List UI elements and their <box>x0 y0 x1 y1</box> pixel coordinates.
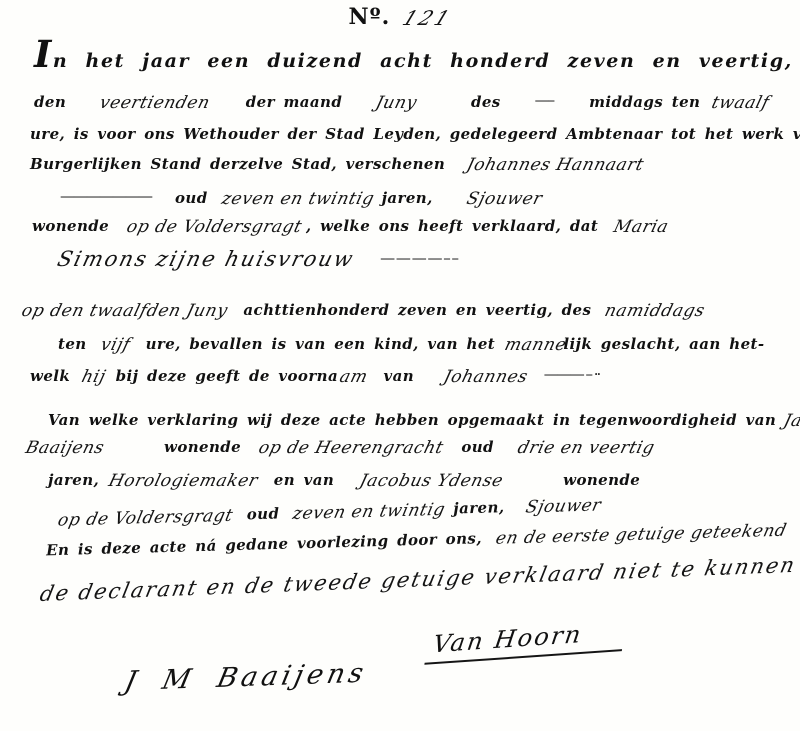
birth-certificate-document: Nº.121 In het jaar een duizend acht hond… <box>0 0 800 731</box>
handwritten-entry: en de eerste getuige geteekend <box>494 521 789 549</box>
printed-form-text: jaren, <box>382 189 433 207</box>
printed-form-text: Van welke verklaring wij deze acte hebbe… <box>48 411 776 429</box>
printed-form-text: middags ten <box>589 93 700 111</box>
form-line-8: op den twaalfden Junyachttienhonderd zev… <box>22 300 703 320</box>
printed-form-text: van <box>384 367 415 385</box>
handwritten-entry: op de Voldersgragt <box>125 217 305 237</box>
form-line-7: Simons zijne huisvrouw— — — — – – <box>58 246 457 270</box>
handwritten-entry: manne <box>503 335 569 355</box>
printed-form-text: achttienhonderd zeven en veertig, des <box>243 301 591 319</box>
printed-form-text: wonende <box>32 217 109 235</box>
number-label: Nº. <box>349 4 391 30</box>
handwritten-entry: Baaijens <box>24 438 107 458</box>
handwritten-entry: op de Voldersgragt <box>56 506 235 531</box>
handwritten-entry: Johannes <box>442 367 531 387</box>
handwritten-entry: Jacobus Ydense <box>358 471 506 491</box>
handwritten-entry: Maria <box>612 217 671 237</box>
form-line-6: wonendeop de Voldersgragt, welke ons hee… <box>32 216 668 236</box>
printed-form-text: jaren, <box>48 471 99 489</box>
handwritten-entry: Juny <box>374 93 420 113</box>
handwritten-entry: namiddags <box>603 301 708 321</box>
printed-form-text: oud <box>246 504 279 523</box>
printed-form-text: ure, is voor ons Wethouder der Stad Leyd… <box>30 125 800 143</box>
printed-form-text: ure, bevallen is van een kind, van het <box>146 335 496 353</box>
handwritten-entry: Horologiemaker <box>107 471 261 491</box>
printed-form-text: welk <box>30 367 70 385</box>
signature-official: Van Hoorn <box>424 617 627 665</box>
form-line-12: Baaijenswonendeop de Heerengrachtouddrie… <box>26 437 654 457</box>
handwritten-entry: Jan Matthijs <box>782 411 800 431</box>
handwritten-entry: zeven en twintig <box>291 500 447 524</box>
printed-form-text: bij deze geeft de voorna <box>116 367 338 385</box>
form-line-11: Van welke verklaring wij deze acte hebbe… <box>48 410 800 430</box>
printed-form-text: , welke ons heeft verklaard, dat <box>306 217 598 235</box>
handwritten-entry: Simons zijne huisvrouw <box>55 247 357 271</box>
document-number: Nº.121 <box>0 4 800 30</box>
printed-form-text: ten <box>58 335 87 353</box>
handwritten-entry: vijf <box>98 335 132 355</box>
form-line-5: ———————oudzeven en twintigjaren,Sjouwer <box>60 188 542 208</box>
printed-form-text: wonende <box>164 438 241 456</box>
form-line-2: denveertiendender maandJunydes—–middags … <box>34 92 769 112</box>
handwritten-entry: drie en veertig <box>515 438 656 458</box>
printed-form-text: jaren, <box>453 498 505 517</box>
form-line-4: Burgerlijken Stand derzelve Stad, versch… <box>30 154 644 174</box>
handwritten-entry: veertienden <box>98 93 213 113</box>
printed-form-text: den <box>34 93 66 111</box>
printed-form-text: lijk geslacht, aan het- <box>563 335 764 353</box>
number-value: 121 <box>399 6 456 30</box>
form-line-3: ure, is voor ons Wethouder der Stad Leyd… <box>30 124 800 143</box>
printed-form-text: der maand <box>246 93 342 111</box>
blank-dash: —– <box>535 91 554 109</box>
handwritten-entry: op de Heerengracht <box>257 438 446 458</box>
handwritten-entry: hij <box>80 367 108 387</box>
printed-form-text: en van <box>274 471 334 489</box>
handwritten-entry: op den twaalfden Juny <box>20 301 230 321</box>
handwritten-entry: twaalf <box>710 93 772 113</box>
form-line-14: op de Voldersgragtoudzeven en twintigjar… <box>58 494 602 529</box>
form-line-9: tenvijfure, bevallen is van een kind, va… <box>58 334 764 354</box>
printed-form-text: oud <box>461 438 494 456</box>
blank-dash: ——— – ·· <box>544 365 600 383</box>
printed-form-text: des <box>471 93 501 111</box>
handwritten-entry: zeven en twintig <box>219 189 376 209</box>
form-line-1: In het jaar een duizend acht honderd zev… <box>34 44 793 72</box>
form-line-10: welkhijbij deze geeft de voornaamvanJoha… <box>30 366 599 386</box>
blank-dash: — — — — – – <box>380 249 457 267</box>
signature-witness: J M Baaijens <box>122 658 370 697</box>
printed-form-text: Burgerlijken Stand derzelve Stad, versch… <box>30 155 445 173</box>
handwritten-entry: Johannes Hannaart <box>465 155 647 175</box>
printed-form-text: In het jaar een duizend acht honderd zev… <box>34 44 793 72</box>
form-line-13: jaren,Horologiemakeren vanJacobus Ydense… <box>48 470 640 490</box>
handwritten-entry: Sjouwer <box>464 189 544 209</box>
blank-dash: ——————— <box>60 187 151 205</box>
handwritten-entry: am <box>338 367 370 387</box>
printed-form-text: En is deze acte ná gedane voorlezing doo… <box>46 529 482 559</box>
printed-form-text: oud <box>175 189 208 207</box>
handwritten-entry: Sjouwer <box>524 495 603 517</box>
printed-form-text: wonende <box>563 471 640 489</box>
